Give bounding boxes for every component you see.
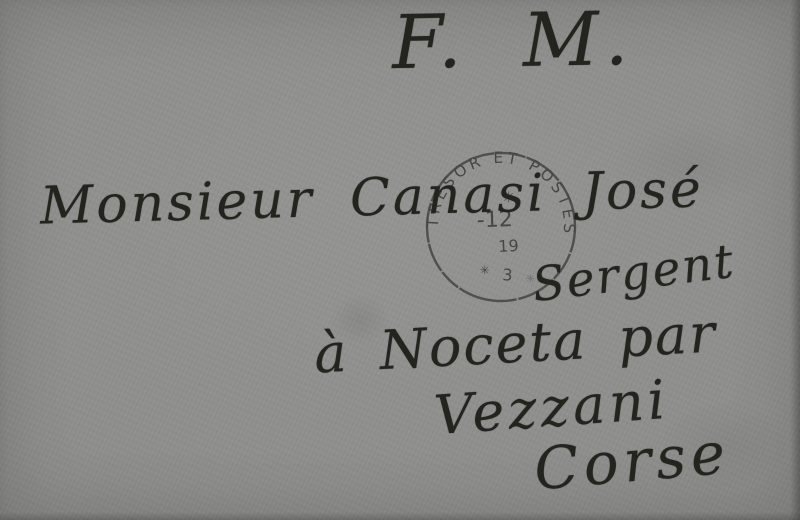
- franchise-militaire-marking: F. M.: [391, 0, 635, 86]
- envelope-bottom-edge-shadow: [0, 512, 800, 520]
- postmark-bottom-star-icon: ✳: [479, 263, 490, 278]
- postmark-bureau-number: 3: [502, 265, 513, 285]
- envelope-photo: F. M. Monsieur Canasi José Sergent à Noc…: [0, 0, 800, 520]
- envelope-right-edge-shadow: [790, 0, 800, 520]
- recipient-line: Monsieur Canasi José: [39, 159, 704, 236]
- postmark-year: 19: [498, 236, 519, 256]
